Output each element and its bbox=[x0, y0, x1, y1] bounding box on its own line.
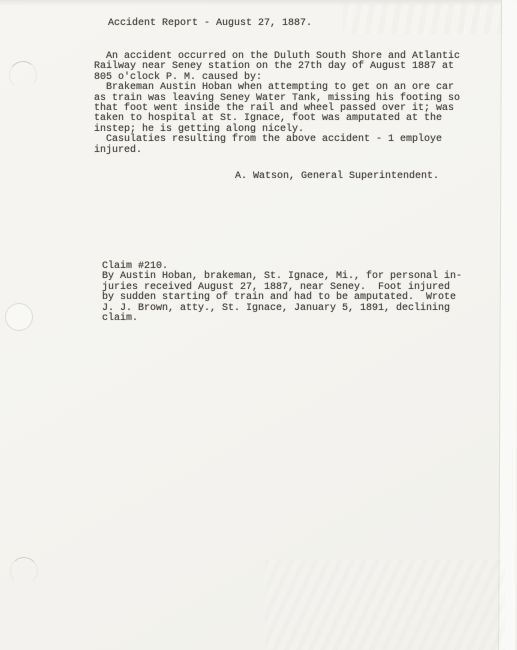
punch-hole-middle bbox=[5, 303, 33, 331]
report-title: Accident Report - August 27, 1887. bbox=[108, 19, 312, 29]
paper-right-edge bbox=[498, 0, 517, 650]
claim-section-text: Claim #210. By Austin Hoban, brakeman, S… bbox=[102, 262, 462, 324]
punch-hole-bottom bbox=[9, 556, 39, 586]
scanned-document-page: Accident Report - August 27, 1887. An ac… bbox=[0, 0, 517, 650]
paper-texture-bottom-right bbox=[265, 560, 505, 650]
paper-texture-top-right bbox=[343, 4, 503, 34]
signature-line: A. Watson, General Superintendent. bbox=[235, 172, 439, 182]
punch-hole-top bbox=[8, 60, 39, 91]
report-body-text: An accident occurred on the Duluth South… bbox=[94, 52, 460, 156]
